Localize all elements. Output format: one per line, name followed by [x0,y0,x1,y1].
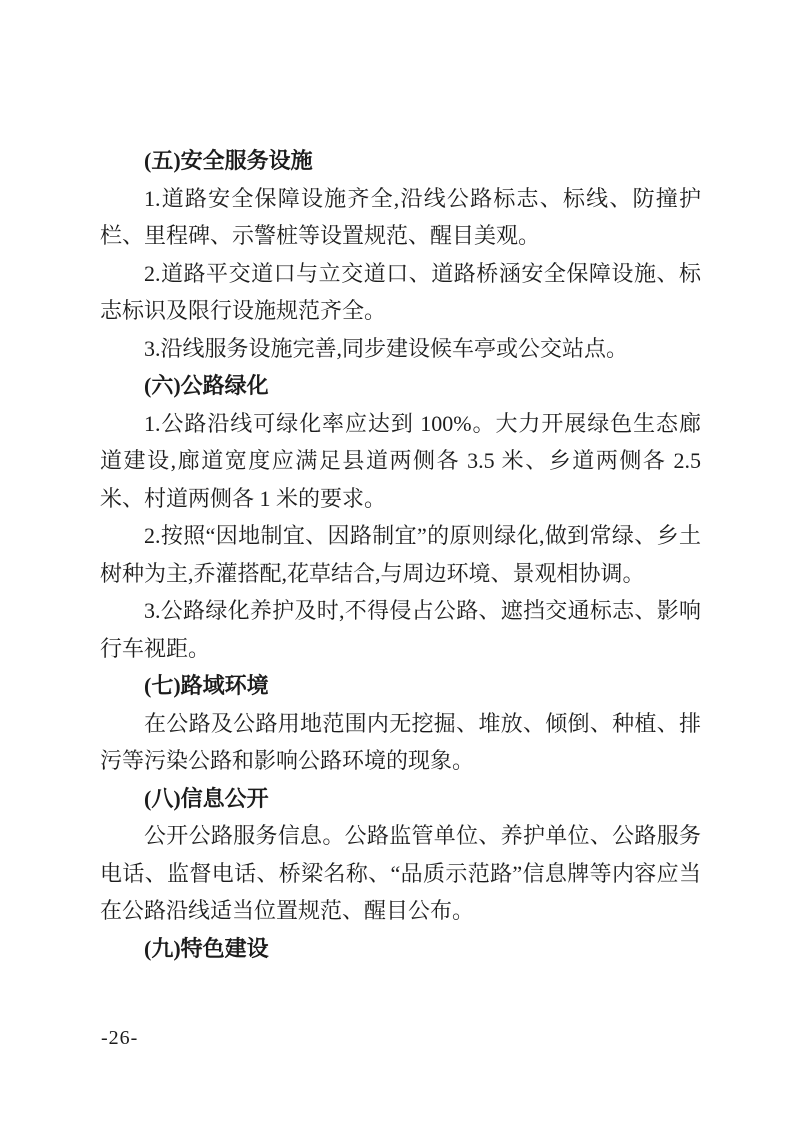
paragraph: 2.道路平交道口与立交道口、道路桥涵安全保障设施、标志标识及限行设施规范齐全。 [100,255,701,330]
paragraph: 3.沿线服务设施完善,同步建设候车亭或公交站点。 [100,330,701,368]
document-page: (五)安全服务设施 1.道路安全保障设施齐全,沿线公路标志、标线、防撞护栏、里程… [0,0,794,1122]
section-heading-8: (八)信息公开 [100,780,701,818]
paragraph: 3.公路绿化养护及时,不得侵占公路、遮挡交通标志、影响行车视距。 [100,592,701,667]
paragraph: 2.按照“因地制宜、因路制宜”的原则绿化,做到常绿、乡土树种为主,乔灌搭配,花草… [100,517,701,592]
section-heading-7: (七)路域环境 [100,667,701,705]
paragraph: 在公路及公路用地范围内无挖掘、堆放、倾倒、种植、排污等污染公路和影响公路环境的现… [100,705,701,780]
paragraph: 公开公路服务信息。公路监管单位、养护单位、公路服务电话、监督电话、桥梁名称、“品… [100,817,701,930]
document-body: (五)安全服务设施 1.道路安全保障设施齐全,沿线公路标志、标线、防撞护栏、里程… [100,142,701,967]
section-heading-6: (六)公路绿化 [100,367,701,405]
paragraph: 1.公路沿线可绿化率应达到 100%。大力开展绿色生态廊道建设,廊道宽度应满足县… [100,405,701,518]
section-heading-9: (九)特色建设 [100,930,701,968]
page-number: -26- [101,1026,138,1050]
section-heading-5: (五)安全服务设施 [100,142,701,180]
paragraph: 1.道路安全保障设施齐全,沿线公路标志、标线、防撞护栏、里程碑、示警桩等设置规范… [100,180,701,255]
